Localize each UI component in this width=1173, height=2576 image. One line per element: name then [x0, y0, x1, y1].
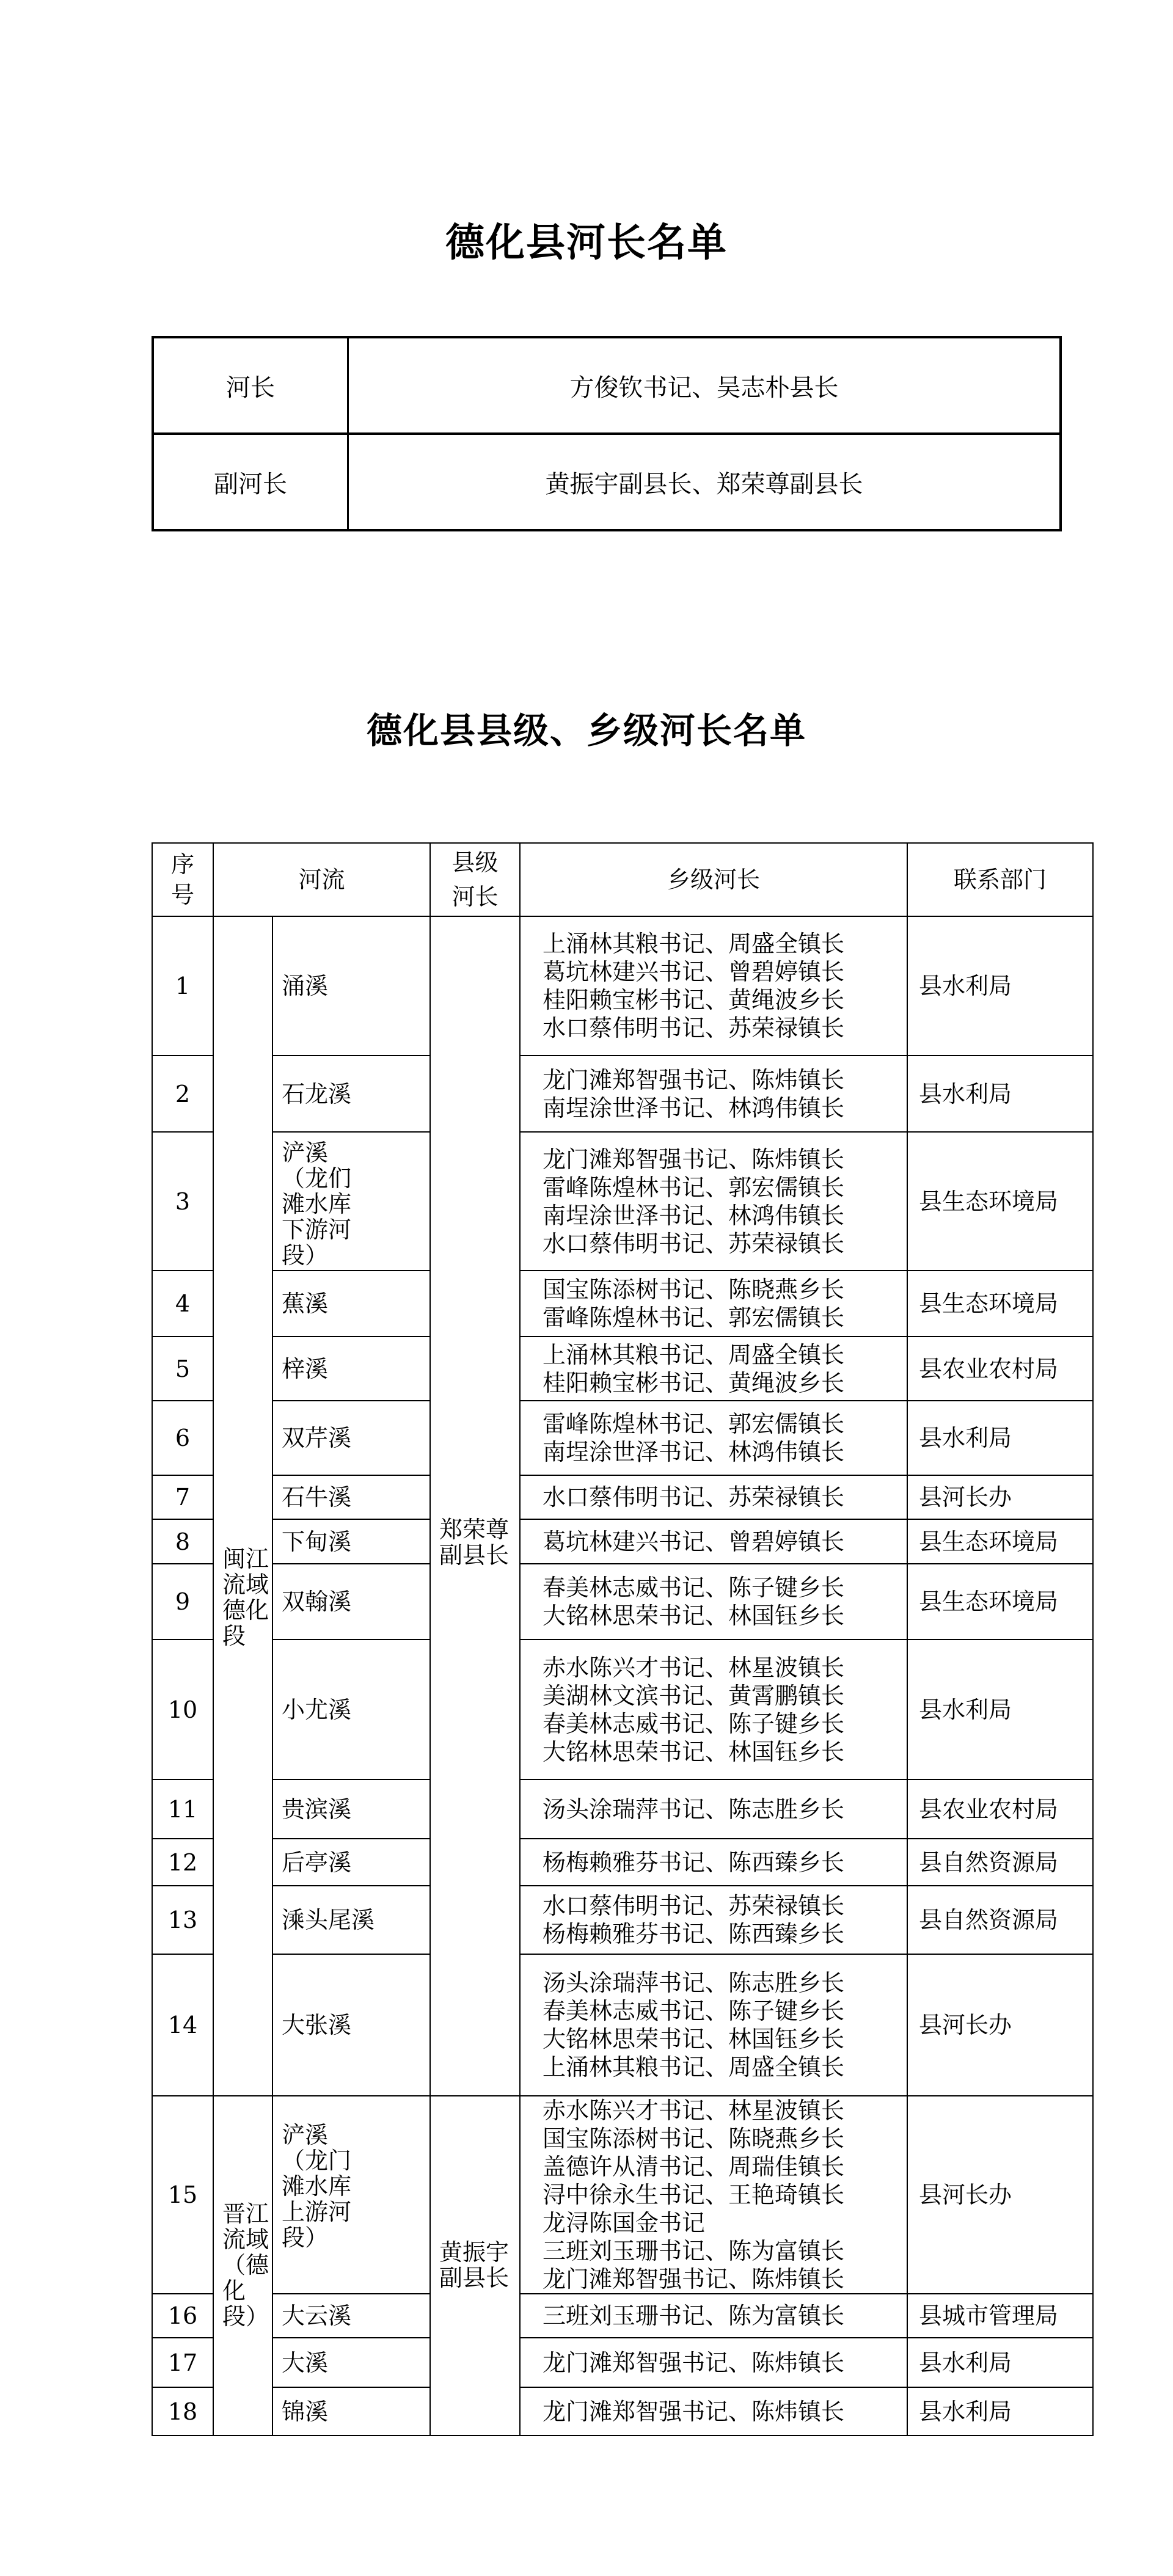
town-chief-line: 龙门滩郑智强书记、陈炜镇长 [543, 1066, 907, 1094]
county-chief-name: 郑荣尊副县长 [439, 1517, 514, 1568]
river-name: 大溪 [272, 2338, 430, 2387]
basin-name: 闽江流域德化段 [222, 1546, 272, 1649]
table-row: 12后亭溪杨梅赖雅芬书记、陈西臻乡长县自然资源局 [152, 1839, 1093, 1886]
town-chiefs: 赤水陈兴才书记、林星波镇长美湖林文滨书记、黄霄鹏镇长春美林志威书记、陈子键乡长大… [520, 1640, 907, 1779]
contact-dept: 县水利局 [907, 2387, 1093, 2436]
river-name: 溗头尾溪 [272, 1886, 430, 1954]
town-chiefs: 汤头涂瑞萍书记、陈志胜乡长春美林志威书记、陈子键乡长大铭林思荣书记、林国钰乡长上… [520, 1954, 907, 2096]
town-chief-line: 汤头涂瑞萍书记、陈志胜乡长 [543, 1795, 907, 1823]
row-number: 10 [152, 1640, 213, 1779]
river-name: 大张溪 [272, 1954, 430, 2096]
town-chief-line: 三班刘玉珊书记、陈为富镇长 [543, 2302, 907, 2330]
river-name: 浐溪（龙门滩水库上游河段） [272, 2096, 430, 2294]
river-name: 梓溪 [272, 1337, 430, 1401]
town-chief-line: 桂阳赖宝彬书记、黄绳波乡长 [543, 986, 907, 1014]
river-name: 大云溪 [272, 2294, 430, 2338]
river-name: 石龙溪 [272, 1056, 430, 1132]
contact-dept: 县农业农村局 [907, 1779, 1093, 1839]
table-row: 5梓溪上涌林其粮书记、周盛全镇长桂阳赖宝彬书记、黄绳波乡长县农业农村局 [152, 1337, 1093, 1401]
town-chief-line: 赤水陈兴才书记、林星波镇长 [543, 1654, 907, 1682]
town-chiefs: 葛坑林建兴书记、曾碧婷镇长 [520, 1519, 907, 1564]
table-row: 2石龙溪龙门滩郑智强书记、陈炜镇长南埕涂世泽书记、林鸿伟镇长县水利局 [152, 1056, 1093, 1132]
table-row: 河长 方俊钦书记、吴志朴县长 [153, 337, 1061, 434]
river-label: 浐溪（龙们滩水库下游河段） [282, 1140, 356, 1268]
row-number: 14 [152, 1954, 213, 2096]
basin-cell: 闽江流域德化段 [213, 916, 272, 2096]
town-chief-line: 美湖林文滨书记、黄霄鹏镇长 [543, 1682, 907, 1710]
town-chief-line: 杨梅赖雅芬书记、陈西臻乡长 [543, 1848, 907, 1877]
town-chief-line: 上涌林其粮书记、周盛全镇长 [543, 2053, 907, 2081]
river-name: 石牛溪 [272, 1475, 430, 1519]
river-label: 梓溪 [282, 1356, 404, 1382]
river-label: 大云溪 [282, 2303, 404, 2329]
contact-dept: 县河长办 [907, 1954, 1093, 2096]
town-chief-line: 葛坑林建兴书记、曾碧婷镇长 [543, 1528, 907, 1556]
river-name: 锦溪 [272, 2387, 430, 2436]
table-row: 6双芹溪雷峰陈煌林书记、郭宏儒镇长南埕涂世泽书记、林鸿伟镇长县水利局 [152, 1401, 1093, 1475]
town-chief-line: 龙门滩郑智强书记、陈炜镇长 [543, 2398, 907, 2426]
section-title: 德化县县级、乡级河长名单 [0, 709, 1173, 753]
town-chief-line: 雷峰陈煌林书记、郭宏儒镇长 [543, 1410, 907, 1438]
town-chief-line: 水口蔡伟明书记、苏荣禄镇长 [543, 1892, 907, 1920]
row-number: 4 [152, 1271, 213, 1337]
river-label: 贵滨溪 [282, 1797, 404, 1822]
town-chiefs: 水口蔡伟明书记、苏荣禄镇长 [520, 1475, 907, 1519]
table-row: 17大溪龙门滩郑智强书记、陈炜镇长县水利局 [152, 2338, 1093, 2387]
river-label: 浐溪（龙门滩水库上游河段） [282, 2122, 356, 2250]
town-chief-line: 南埕涂世泽书记、林鸿伟镇长 [543, 1438, 907, 1466]
town-chief-line: 大铭林思荣书记、林国钰乡长 [543, 1602, 907, 1630]
town-chiefs: 龙门滩郑智强书记、陈炜镇长雷峰陈煌林书记、郭宏儒镇长南埕涂世泽书记、林鸿伟镇长水… [520, 1132, 907, 1271]
river-name: 下甸溪 [272, 1519, 430, 1564]
town-chief-line: 春美林志威书记、陈子键乡长 [543, 1710, 907, 1738]
row-number: 1 [152, 916, 213, 1056]
town-chief-line: 上涌林其粮书记、周盛全镇长 [543, 1341, 907, 1369]
town-chief-line: 汤头涂瑞萍书记、陈志胜乡长 [543, 1969, 907, 1997]
town-chief-line: 雷峰陈煌林书记、郭宏儒镇长 [543, 1304, 907, 1332]
town-chiefs: 龙门滩郑智强书记、陈炜镇长南埕涂世泽书记、林鸿伟镇长 [520, 1056, 907, 1132]
table-row: 16大云溪三班刘玉珊书记、陈为富镇长县城市管理局 [152, 2294, 1093, 2338]
town-chief-line: 春美林志威书记、陈子键乡长 [543, 1574, 907, 1602]
county-chief-cell: 郑荣尊副县长 [430, 916, 520, 2096]
contact-dept: 县生态环境局 [907, 1132, 1093, 1271]
town-chiefs: 汤头涂瑞萍书记、陈志胜乡长 [520, 1779, 907, 1839]
town-chief-line: 盖德许从清书记、周瑞佳镇长 [543, 2153, 907, 2181]
header-river: 河流 [213, 843, 430, 916]
river-label: 涌溪 [282, 973, 404, 999]
town-chiefs: 杨梅赖雅芬书记、陈西臻乡长 [520, 1839, 907, 1886]
header-no: 序号 [152, 843, 213, 916]
contact-dept: 县水利局 [907, 1640, 1093, 1779]
town-chiefs: 上涌林其粮书记、周盛全镇长葛坑林建兴书记、曾碧婷镇长桂阳赖宝彬书记、黄绳波乡长水… [520, 916, 907, 1056]
row-label: 副河长 [153, 434, 348, 530]
river-name: 双芹溪 [272, 1401, 430, 1475]
town-chief-line: 水口蔡伟明书记、苏荣禄镇长 [543, 1230, 907, 1258]
row-number: 15 [152, 2096, 213, 2294]
contact-dept: 县水利局 [907, 2338, 1093, 2387]
row-value: 黄振宇副县长、郑荣尊副县长 [348, 434, 1061, 530]
river-name: 后亭溪 [272, 1839, 430, 1886]
town-chief-line: 水口蔡伟明书记、苏荣禄镇长 [543, 1483, 907, 1511]
town-chief-line: 三班刘玉珊书记、陈为富镇长 [543, 2237, 907, 2265]
river-name: 双翰溪 [272, 1564, 430, 1640]
page-title: 德化县河长名单 [0, 219, 1173, 268]
river-name: 蕉溪 [272, 1271, 430, 1337]
town-chiefs: 龙门滩郑智强书记、陈炜镇长 [520, 2387, 907, 2436]
table-header-row: 序号 河流 县级河长 乡级河长 联系部门 [152, 843, 1093, 916]
town-chief-line: 龙门滩郑智强书记、陈炜镇长 [543, 2349, 907, 2377]
row-number: 5 [152, 1337, 213, 1401]
river-name: 贵滨溪 [272, 1779, 430, 1839]
contact-dept: 县水利局 [907, 916, 1093, 1056]
town-chief-line: 杨梅赖雅芬书记、陈西臻乡长 [543, 1920, 907, 1948]
town-chiefs: 龙门滩郑智强书记、陈炜镇长 [520, 2338, 907, 2387]
river-label: 溗头尾溪 [282, 1907, 404, 1933]
contact-dept: 县生态环境局 [907, 1271, 1093, 1337]
town-chief-line: 春美林志威书记、陈子键乡长 [543, 1997, 907, 2025]
basin-cell: 晋江流域（德化段） [213, 2096, 272, 2436]
row-number: 17 [152, 2338, 213, 2387]
town-chief-line: 赤水陈兴才书记、林星波镇长 [543, 2096, 907, 2125]
contact-dept: 县水利局 [907, 1401, 1093, 1475]
table-row: 7石牛溪水口蔡伟明书记、苏荣禄镇长县河长办 [152, 1475, 1093, 1519]
county-chief-cell: 黄振宇副县长 [430, 2096, 520, 2436]
row-number: 6 [152, 1401, 213, 1475]
town-chief-line: 大铭林思荣书记、林国钰乡长 [543, 2025, 907, 2053]
river-name: 涌溪 [272, 916, 430, 1056]
town-chief-line: 龙门滩郑智强书记、陈炜镇长 [543, 2265, 907, 2293]
town-chiefs: 水口蔡伟明书记、苏荣禄镇长杨梅赖雅芬书记、陈西臻乡长 [520, 1886, 907, 1954]
river-chief-table: 河长 方俊钦书记、吴志朴县长 副河长 黄振宇副县长、郑荣尊副县长 [152, 336, 1062, 531]
town-chief-line: 龙门滩郑智强书记、陈炜镇长 [543, 1145, 907, 1173]
contact-dept: 县河长办 [907, 2096, 1093, 2294]
header-town-chief: 乡级河长 [520, 843, 907, 916]
river-label: 石牛溪 [282, 1484, 404, 1510]
contact-dept: 县水利局 [907, 1056, 1093, 1132]
river-label: 小尤溪 [282, 1697, 404, 1723]
river-label: 蕉溪 [282, 1291, 404, 1316]
table-row: 3浐溪（龙们滩水库下游河段）龙门滩郑智强书记、陈炜镇长雷峰陈煌林书记、郭宏儒镇长… [152, 1132, 1093, 1271]
town-chief-line: 南埕涂世泽书记、林鸿伟镇长 [543, 1202, 907, 1230]
row-number: 2 [152, 1056, 213, 1132]
row-number: 11 [152, 1779, 213, 1839]
row-number: 16 [152, 2294, 213, 2338]
town-chiefs: 雷峰陈煌林书记、郭宏儒镇长南埕涂世泽书记、林鸿伟镇长 [520, 1401, 907, 1475]
town-chiefs: 国宝陈添树书记、陈晓燕乡长雷峰陈煌林书记、郭宏儒镇长 [520, 1271, 907, 1337]
county-chief-name: 黄振宇副县长 [439, 2239, 514, 2291]
river-name: 小尤溪 [272, 1640, 430, 1779]
river-label: 下甸溪 [282, 1529, 404, 1555]
town-chief-line: 上涌林其粮书记、周盛全镇长 [543, 930, 907, 958]
row-number: 3 [152, 1132, 213, 1271]
town-chiefs: 春美林志威书记、陈子键乡长大铭林思荣书记、林国钰乡长 [520, 1564, 907, 1640]
town-chief-line: 葛坑林建兴书记、曾碧婷镇长 [543, 958, 907, 986]
town-chief-line: 国宝陈添树书记、陈晓燕乡长 [543, 1275, 907, 1304]
row-number: 12 [152, 1839, 213, 1886]
town-chiefs: 上涌林其粮书记、周盛全镇长桂阳赖宝彬书记、黄绳波乡长 [520, 1337, 907, 1401]
basin-name: 晋江流域（德化段） [222, 2201, 272, 2329]
river-label: 锦溪 [282, 2399, 404, 2425]
town-chiefs: 三班刘玉珊书记、陈为富镇长 [520, 2294, 907, 2338]
table-row: 9双翰溪春美林志威书记、陈子键乡长大铭林思荣书记、林国钰乡长县生态环境局 [152, 1564, 1093, 1640]
town-chief-line: 南埕涂世泽书记、林鸿伟镇长 [543, 1094, 907, 1122]
town-chief-line: 雷峰陈煌林书记、郭宏儒镇长 [543, 1173, 907, 1202]
table-row: 18锦溪龙门滩郑智强书记、陈炜镇长县水利局 [152, 2387, 1093, 2436]
river-label: 双芹溪 [282, 1425, 404, 1451]
row-value: 方俊钦书记、吴志朴县长 [348, 337, 1061, 434]
town-chiefs: 赤水陈兴才书记、林星波镇长国宝陈添树书记、陈晓燕乡长盖德许从清书记、周瑞佳镇长浔… [520, 2096, 907, 2294]
row-number: 9 [152, 1564, 213, 1640]
town-chief-line: 浔中徐永生书记、王艳琦镇长 [543, 2181, 907, 2209]
table-row: 11贵滨溪汤头涂瑞萍书记、陈志胜乡长县农业农村局 [152, 1779, 1093, 1839]
table-row: 4蕉溪国宝陈添树书记、陈晓燕乡长雷峰陈煌林书记、郭宏儒镇长县生态环境局 [152, 1271, 1093, 1337]
contact-dept: 县农业农村局 [907, 1337, 1093, 1401]
river-name: 浐溪（龙们滩水库下游河段） [272, 1132, 430, 1271]
town-chief-line: 龙浔陈国金书记 [543, 2209, 907, 2237]
town-chief-line: 国宝陈添树书记、陈晓燕乡长 [543, 2125, 907, 2153]
contact-dept: 县自然资源局 [907, 1839, 1093, 1886]
contact-dept: 县生态环境局 [907, 1519, 1093, 1564]
contact-dept: 县河长办 [907, 1475, 1093, 1519]
river-label: 后亭溪 [282, 1850, 404, 1875]
row-number: 7 [152, 1475, 213, 1519]
river-label: 双翰溪 [282, 1589, 404, 1615]
contact-dept: 县生态环境局 [907, 1564, 1093, 1640]
river-label: 大溪 [282, 2350, 404, 2376]
river-label: 大张溪 [282, 2012, 404, 2038]
table-row: 15晋江流域（德化段）浐溪（龙门滩水库上游河段）黄振宇副县长赤水陈兴才书记、林星… [152, 2096, 1093, 2294]
town-chief-line: 水口蔡伟明书记、苏荣禄镇长 [543, 1014, 907, 1042]
town-chief-line: 桂阳赖宝彬书记、黄绳波乡长 [543, 1369, 907, 1397]
table-row: 10小尤溪赤水陈兴才书记、林星波镇长美湖林文滨书记、黄霄鹏镇长春美林志威书记、陈… [152, 1640, 1093, 1779]
header-dept: 联系部门 [907, 843, 1093, 916]
contact-dept: 县城市管理局 [907, 2294, 1093, 2338]
row-number: 18 [152, 2387, 213, 2436]
river-label: 石龙溪 [282, 1081, 404, 1107]
table-row: 14大张溪汤头涂瑞萍书记、陈志胜乡长春美林志威书记、陈子键乡长大铭林思荣书记、林… [152, 1954, 1093, 2096]
county-town-chief-table: 序号 河流 县级河长 乡级河长 联系部门 1闽江流域德化段涌溪郑荣尊副县长上涌林… [152, 842, 1094, 2436]
table-row: 副河长 黄振宇副县长、郑荣尊副县长 [153, 434, 1061, 530]
row-number: 13 [152, 1886, 213, 1954]
town-chief-line: 大铭林思荣书记、林国钰乡长 [543, 1738, 907, 1766]
table-row: 1闽江流域德化段涌溪郑荣尊副县长上涌林其粮书记、周盛全镇长葛坑林建兴书记、曾碧婷… [152, 916, 1093, 1056]
row-label: 河长 [153, 337, 348, 434]
row-number: 8 [152, 1519, 213, 1564]
header-county-chief: 县级河长 [430, 843, 520, 916]
contact-dept: 县自然资源局 [907, 1886, 1093, 1954]
table-row: 13溗头尾溪水口蔡伟明书记、苏荣禄镇长杨梅赖雅芬书记、陈西臻乡长县自然资源局 [152, 1886, 1093, 1954]
table-row: 8下甸溪葛坑林建兴书记、曾碧婷镇长县生态环境局 [152, 1519, 1093, 1564]
